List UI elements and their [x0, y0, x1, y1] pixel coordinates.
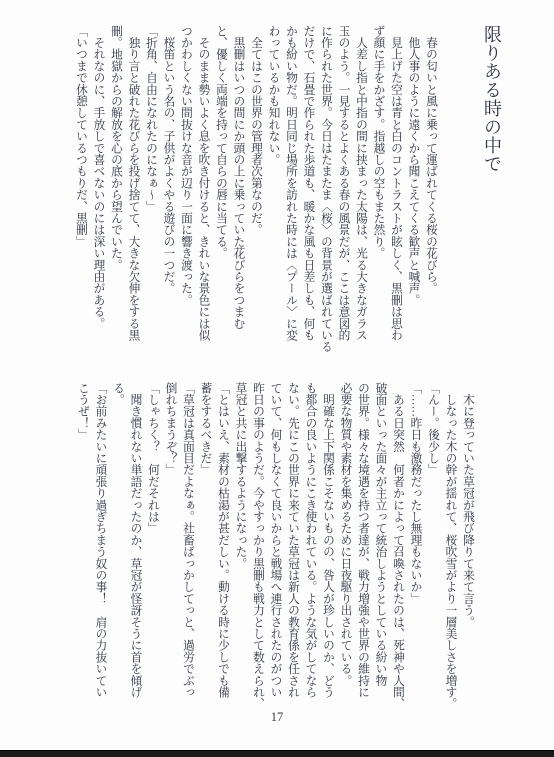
- text-line: ある日突然 何者かによって召喚されたのは、死神や人間、: [390, 382, 408, 718]
- text-line: に作られた世界。今日はたまたま〈桜〉の背景が選ばれている: [318, 25, 336, 361]
- text-line: だけで、石畳で作られた歩道も、暖かな風も日差しも、何も: [300, 25, 318, 361]
- text-line: しなった木の幹が揺れて、桜吹雪がより一層美しさを増す。: [442, 382, 460, 718]
- text-line: 他人事のように遠くから聞こえてくる歓声と喊声。: [405, 25, 423, 361]
- text-line: 「お前みたいに頑張り過ぎちまう奴の事！ 肩の力抜いてい: [92, 382, 110, 718]
- text-line: 「草冠は真面目だよなぁ。社畜ばっかしてっと、過労でぶっ: [180, 382, 198, 718]
- text-line: 「んー。後少し」: [425, 382, 443, 718]
- text-line: 草冠と共に出撃するようになった。: [232, 382, 250, 718]
- text-line: 「とはいえ、素材の枯渇が甚だしい。動ける時に少しでも備: [215, 382, 233, 718]
- text-line: ていて、何もしなくて良いからと戦場へ連行されたのがつい: [267, 382, 285, 718]
- text-line: 桜笛という名の、子供がよくやる遊びの一つだ。: [160, 25, 178, 361]
- text-line: の世界。様々な境遇を持つ者達が、戦力増強や世界の維持に: [355, 382, 373, 718]
- text-line: も都合の良いようにこき使われている。ような気がしてなら: [302, 382, 320, 718]
- text-line: 昨日の事のようだ。今やすっかり黒刪も戦力として数えられ、: [250, 382, 268, 718]
- text-line: 春の匂いと風に乗って運ばれてくる桜の花びら。: [423, 25, 441, 361]
- text-line: 必要な物質や素材を集めるために日夜駆り出されている。: [337, 382, 355, 718]
- text-line: 倒れちまうぞ？」: [162, 382, 180, 718]
- text-line: 破面といった面々が主立って統治しようとしている紛い物: [372, 382, 390, 718]
- text-line: 「いつまで休憩しているつもりだ、黒刪」: [73, 25, 91, 361]
- text-line: 「しゃちく？ 何だそれは」: [145, 382, 163, 718]
- page-title: 限りある時の中で: [479, 25, 505, 173]
- text-line: こうぜ！」: [75, 382, 93, 718]
- text-line: 聞き慣れない単語だったのか、草冠が怪訝そうに首を傾げ: [127, 382, 145, 718]
- text-line: ず顔に手をかざす。指越しの空もまた然り。: [370, 25, 388, 361]
- page-edge-bar: [0, 750, 554, 757]
- text-block-top: 春の匂いと風に乗って運ばれてくる桜の花びら。 他人事のように遠くから聞こえてくる…: [73, 25, 441, 361]
- text-line: 明確な上下関係こそないものの、咎人が珍しいのか、どう: [320, 382, 338, 718]
- page-number: 17: [0, 710, 554, 725]
- text-line: ない。先にこの世界に来ていた草冠は新人の教育係を任され: [285, 382, 303, 718]
- text-block-bottom: 木に登っていた草冠が飛び降りて来て言う。 しなった木の幹が揺れて、桜吹雪がより一…: [75, 382, 478, 718]
- text-line: る。: [110, 382, 128, 718]
- text-line: 「……昨日も激務だったし無理もないか」: [407, 382, 425, 718]
- text-line: 人差し指と中指の間に挟まった太陽は、光る大きなガラス: [353, 25, 371, 361]
- text-line: 黒刪はいつの間にか頭の上に乗っていた花びらをつまむ: [230, 25, 248, 361]
- text-line: 独り言と破れた花びらを投げ捨てて、大きな欠伸をする黒: [125, 25, 143, 361]
- text-line: 「折角、自由になれたのになぁ～」: [143, 25, 161, 361]
- text-line: つかわしくない間抜けな音が辺り一面に響き渡った。: [178, 25, 196, 361]
- text-line: 木に登っていた草冠が飛び降りて来て言う。: [460, 382, 478, 718]
- text-line: それなのに、手放しで喜べないのには深い理由がある。: [90, 25, 108, 361]
- text-line: わっているかも知れない。: [265, 25, 283, 361]
- text-line: 蓄をするべきだ」: [197, 382, 215, 718]
- text-line: 玉のよう。一見するとよくある春の風景だが、ここは意図的: [335, 25, 353, 361]
- text-line: 見上げた空は青と白のコントラストが眩しく、黒刪は思わ: [388, 25, 406, 361]
- text-line: そのまま勢いよく息を吹き付けると、きれいな景色には似: [195, 25, 213, 361]
- text-line: 全てはこの世界の管理者次第なのだ。: [248, 25, 266, 361]
- text-line: かも紛い物だ。明日同じ場所を訪れた時には〈プール〉に変: [283, 25, 301, 361]
- text-line: と、優しく両端を持って自らの唇に当てる。: [213, 25, 231, 361]
- text-line: 刪。地獄からの解放を心の底から望んでいた。: [108, 25, 126, 361]
